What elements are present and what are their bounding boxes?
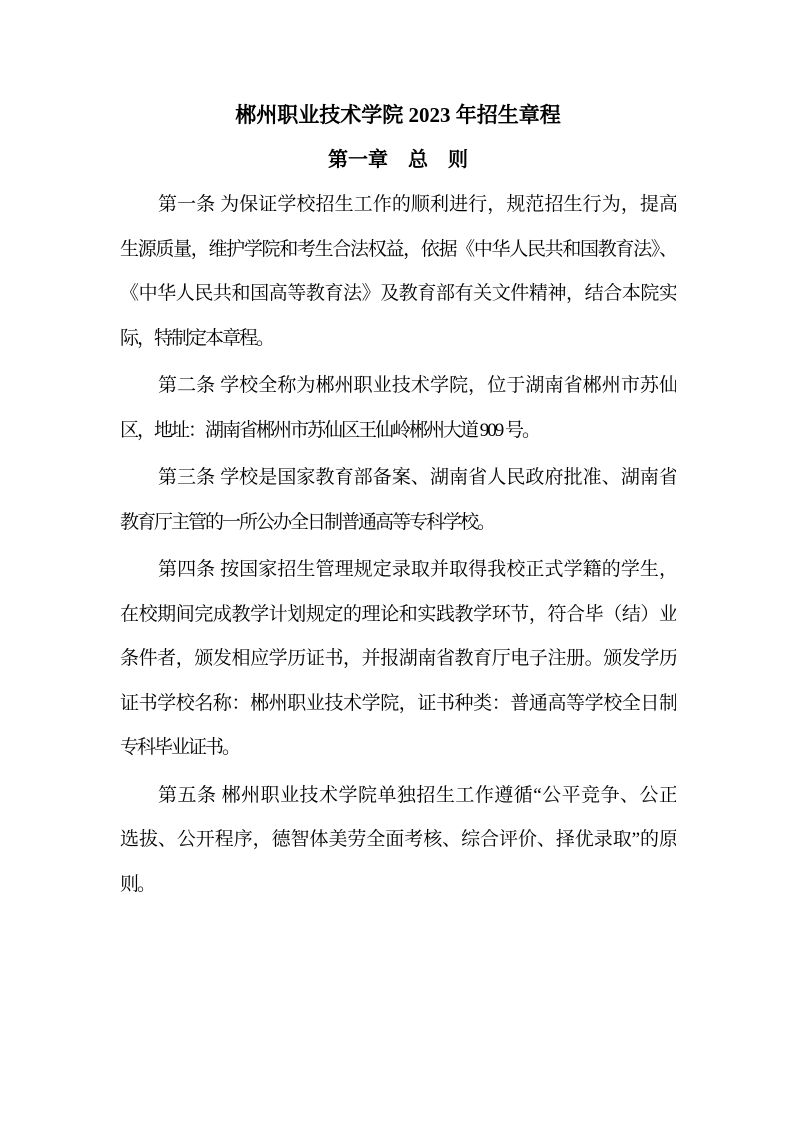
text-line: 第二条 学校全称为郴州职业技术学院，位于湖南省郴州市苏仙 (120, 364, 676, 409)
text-line: 第一条 为保证学校招生工作的顺利进行，规范招生行为，提高 (120, 183, 676, 228)
text-line: 生源质量，维护学院和考生合法权益，依据《中华人民共和国教育法》、 (120, 228, 676, 273)
paragraph: 第五条 郴州职业技术学院单独招生工作遵循“公平竞争、公正选拔、公开程序，德智体美… (120, 774, 676, 908)
paragraph: 第三条 学校是国家教育部备案、湖南省人民政府批准、湖南省教育厅主管的一所公办全日… (120, 456, 676, 545)
paragraph: 第二条 学校全称为郴州职业技术学院，位于湖南省郴州市苏仙区，地址：湖南省郴州市苏… (120, 364, 676, 453)
text-line: 第五条 郴州职业技术学院单独招生工作遵循“公平竞争、公正 (120, 774, 676, 819)
paragraph: 第四条 按国家招生管理规定录取并取得我校正式学籍的学生，在校期间完成教学计划规定… (120, 548, 676, 771)
text-line: 在校期间完成教学计划规定的理论和实践教学环节，符合毕（结）业 (120, 593, 676, 638)
text-line: 专科毕业证书。 (120, 726, 676, 771)
chapter-heading: 第一章 总 则 (120, 145, 676, 175)
document-title: 郴州职业技术学院 2023 年招生章程 (120, 100, 676, 130)
text-line: 《中华人民共和国高等教育法》及教育部有关文件精神，结合本院实 (120, 272, 676, 317)
text-line: 际，特制定本章程。 (120, 317, 676, 362)
text-line: 证书学校名称：郴州职业技术学院，证书种类：普通高等学校全日制 (120, 682, 676, 727)
text-line: 第四条 按国家招生管理规定录取并取得我校正式学籍的学生， (120, 548, 676, 593)
text-line: 区，地址：湖南省郴州市苏仙区王仙岭郴州大道 909 号。 (120, 409, 676, 454)
text-line: 则。 (120, 863, 676, 908)
document-page: 郴州职业技术学院 2023 年招生章程 第一章 总 则 第一条 为保证学校招生工… (0, 0, 793, 1122)
text-line: 教育厅主管的一所公办全日制普通高等专科学校。 (120, 501, 676, 546)
text-line: 条件者，颁发相应学历证书，并报湖南省教育厅电子注册。颁发学历 (120, 637, 676, 682)
paragraph: 第一条 为保证学校招生工作的顺利进行，规范招生行为，提高生源质量，维护学院和考生… (120, 183, 676, 361)
text-line: 第三条 学校是国家教育部备案、湖南省人民政府批准、湖南省 (120, 456, 676, 501)
document-body: 第一条 为保证学校招生工作的顺利进行，规范招生行为，提高生源质量，维护学院和考生… (120, 183, 676, 907)
text-line: 选拔、公开程序，德智体美劳全面考核、综合评价、择优录取”的原 (120, 818, 676, 863)
